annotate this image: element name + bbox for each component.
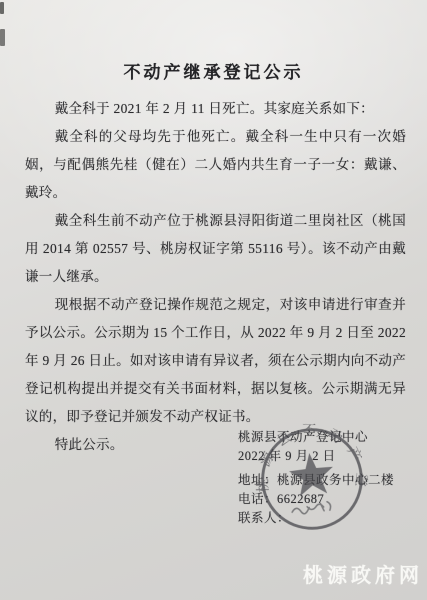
seal-star-icon — [287, 451, 335, 497]
paragraph-publicity-period: 现根据不动产登记操作规范之规定，对该申请进行审查并予以公示。公示期为 15 个工… — [25, 291, 406, 431]
paragraph-property-description: 戴全科生前不动产位于桃源县浔阳街道二里岗社区（桃国用 2014 第 02557 … — [25, 207, 406, 291]
scan-artifact-mark — [0, 29, 5, 46]
signature-scribble — [291, 501, 331, 515]
notice-title: 不动产继承登记公示 — [0, 0, 427, 83]
paragraph-death-statement: 戴全科于 2021 年 2 月 11 日死亡。其家庭关系如下： — [25, 95, 406, 123]
paragraph-family-relations: 戴全科的父母均先于他死亡。戴全科一生中只有一次婚姻，与配偶熊先桂（健在）二人婚内… — [25, 123, 406, 207]
notice-body: 戴全科于 2021 年 2 月 11 日死亡。其家庭关系如下： 戴全科的父母均先… — [25, 95, 406, 459]
gov-site-watermark: 桃源政府网 — [303, 559, 423, 588]
scan-artifact-mark — [0, 2, 4, 14]
scanned-notice-page: 不动产继承登记公示 戴全科于 2021 年 2 月 11 日死亡。其家庭关系如下… — [0, 0, 427, 600]
official-seal: 桃源县不动产登记中心 — [248, 415, 375, 542]
